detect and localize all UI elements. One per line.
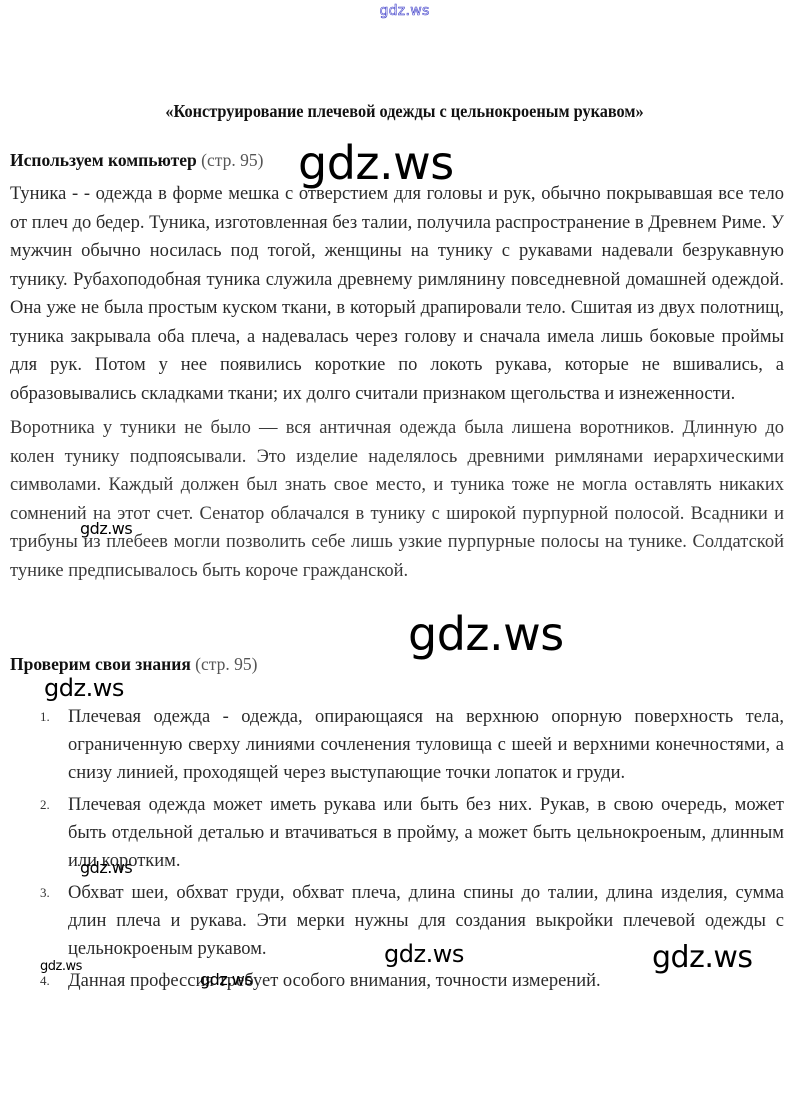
section-heading-knowledge: Проверим свои знания (стр. 95)	[10, 654, 784, 675]
watermark: gdz.ws	[298, 136, 454, 190]
document-title: «Конструирование плечевой одежды с цельн…	[28, 101, 780, 122]
watermark: gdz.ws	[80, 858, 132, 877]
item-number: 1.	[40, 703, 50, 731]
item-text: Плечевая одежда - одежда, опирающаяся на…	[68, 707, 784, 783]
list-item: 1. Плечевая одежда - одежда, опирающаяся…	[0, 703, 784, 787]
heading-page-ref: (стр. 95)	[201, 150, 263, 170]
watermark: gdz.ws	[384, 940, 464, 968]
item-number: 3.	[40, 879, 50, 907]
watermark: gdz.ws	[408, 607, 564, 661]
item-number: 2.	[40, 791, 50, 819]
watermark: gdz.ws	[200, 970, 252, 989]
top-watermark: gdz.ws	[0, 3, 809, 19]
item-text: Данная профессия требует особого внимани…	[68, 971, 601, 991]
heading-bold-text: Используем компьютер	[10, 150, 197, 170]
item-text: Плечевая одежда может иметь рукава или б…	[68, 795, 784, 871]
watermark: gdz.ws	[80, 519, 132, 538]
watermark: gdz.ws	[44, 674, 124, 702]
heading-page-ref: (стр. 95)	[195, 654, 257, 674]
paragraph-tunic-history: Туника - - одежда в форме мешка с отверс…	[10, 180, 784, 408]
paragraph-tunic-collar: Воротника у туники не было — вся антична…	[10, 414, 784, 585]
watermark: gdz.ws	[652, 940, 753, 975]
watermark: gdz.ws	[40, 959, 82, 974]
heading-bold-text: Проверим свои знания	[10, 654, 191, 674]
